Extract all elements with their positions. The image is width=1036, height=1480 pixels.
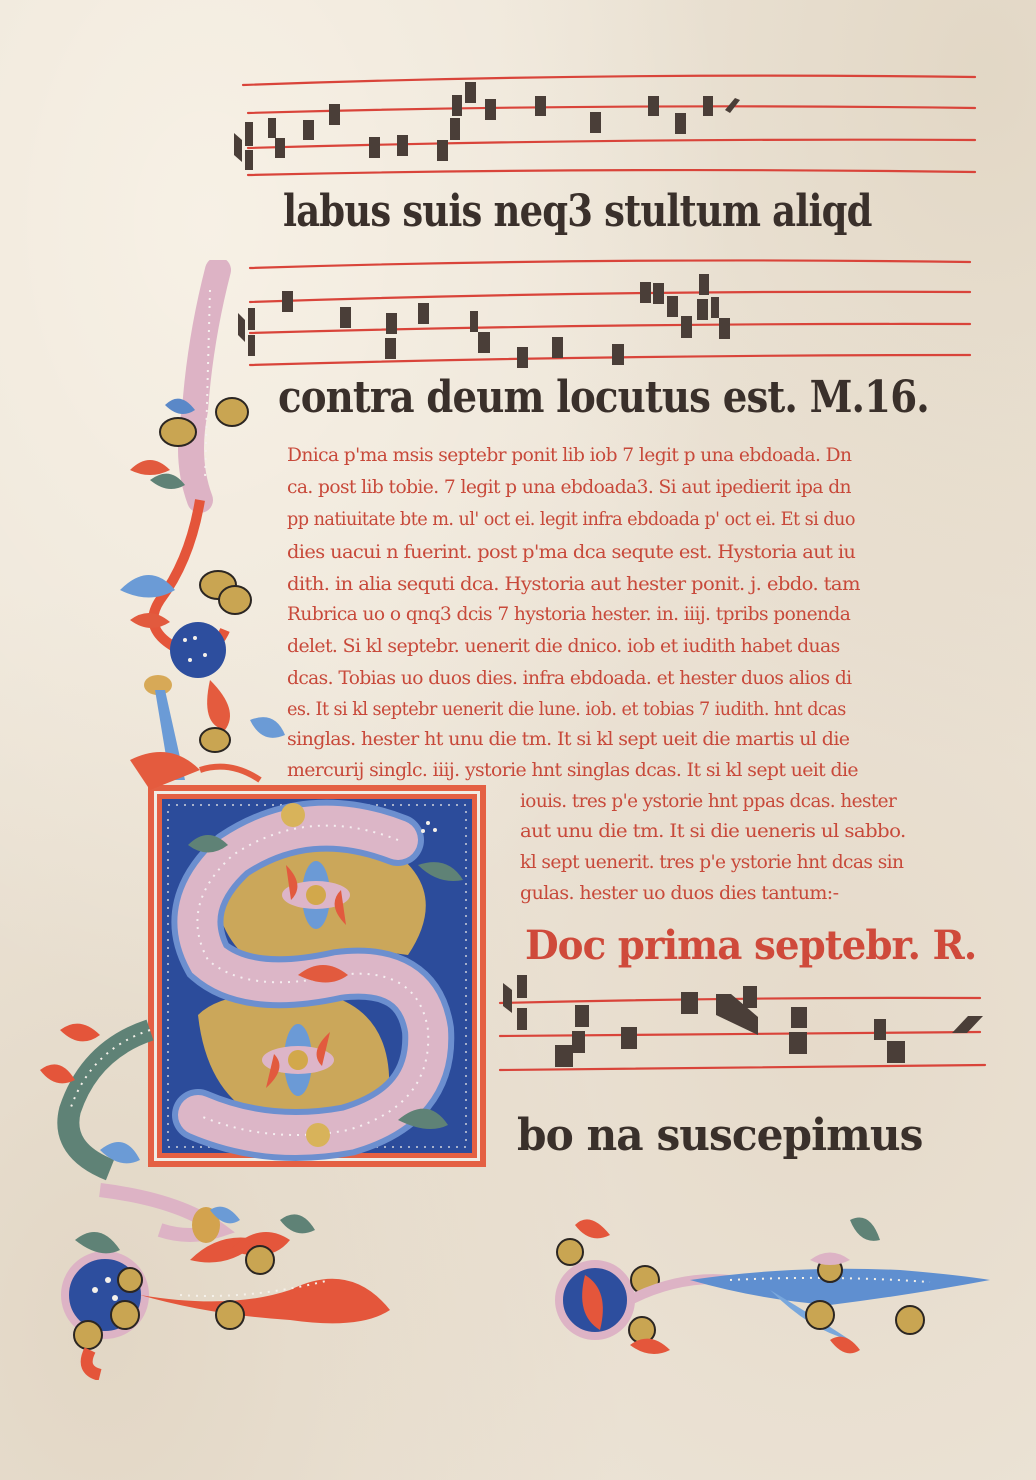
illuminated-initial-s (148, 785, 486, 1167)
rubric-line: dies uacui n fuerint. post p'ma dca sequ… (287, 541, 855, 563)
rubric-line: aut unu die tm. It si die ueneris ul sab… (520, 820, 906, 842)
rubric-line: gulas. hester uo duos dies tantum:- (520, 882, 838, 904)
left-lower-foliage (30, 1010, 170, 1190)
rubric-heading: Doc prima septebr. R. (525, 922, 976, 969)
lyric-line-2: contra deum locutus est. M.16. (278, 372, 929, 423)
bottom-border-decoration (30, 1180, 1010, 1380)
rubric-line: es. It si kl septebr uenerit die lune. i… (287, 698, 846, 720)
rubric-line: delet. Si kl septebr. uenerit die dnico.… (287, 635, 840, 657)
rubric-line: iouis. tres p'e ystorie hnt ppas dcas. h… (520, 790, 896, 812)
rubric-line: mercurij singlc. iiij. ystorie hnt singl… (287, 759, 858, 781)
rubric-line: dith. in alia sequti dca. Hystoria aut h… (287, 573, 860, 595)
manuscript-page: labus suis neq3 stultum aliqd contra deu… (0, 0, 1036, 1480)
lyric-line-3: bo na suscepimus (517, 1110, 922, 1161)
left-border-decoration (0, 260, 300, 800)
rubric-line: Rubrica uo o qnq3 dcis 7 hystoria hester… (287, 603, 850, 625)
rubric-line: ca. post lib tobie. 7 legit p una ebdoad… (287, 476, 851, 498)
rubric-line: singlas. hester ht unu die tm. It si kl … (287, 728, 849, 750)
rubric-line: Dnica p'ma msis septebr ponit lib iob 7 … (287, 444, 851, 466)
lyric-line-1: labus suis neq3 stultum aliqd (283, 186, 872, 237)
rubric-line: pp natiuitate bte m. ul' oct ei. legit i… (287, 508, 855, 530)
rubric-line: dcas. Tobias uo duos dies. infra ebdoada… (287, 667, 852, 689)
rubric-line: kl sept uenerit. tres p'e ystorie hnt dc… (520, 851, 903, 873)
